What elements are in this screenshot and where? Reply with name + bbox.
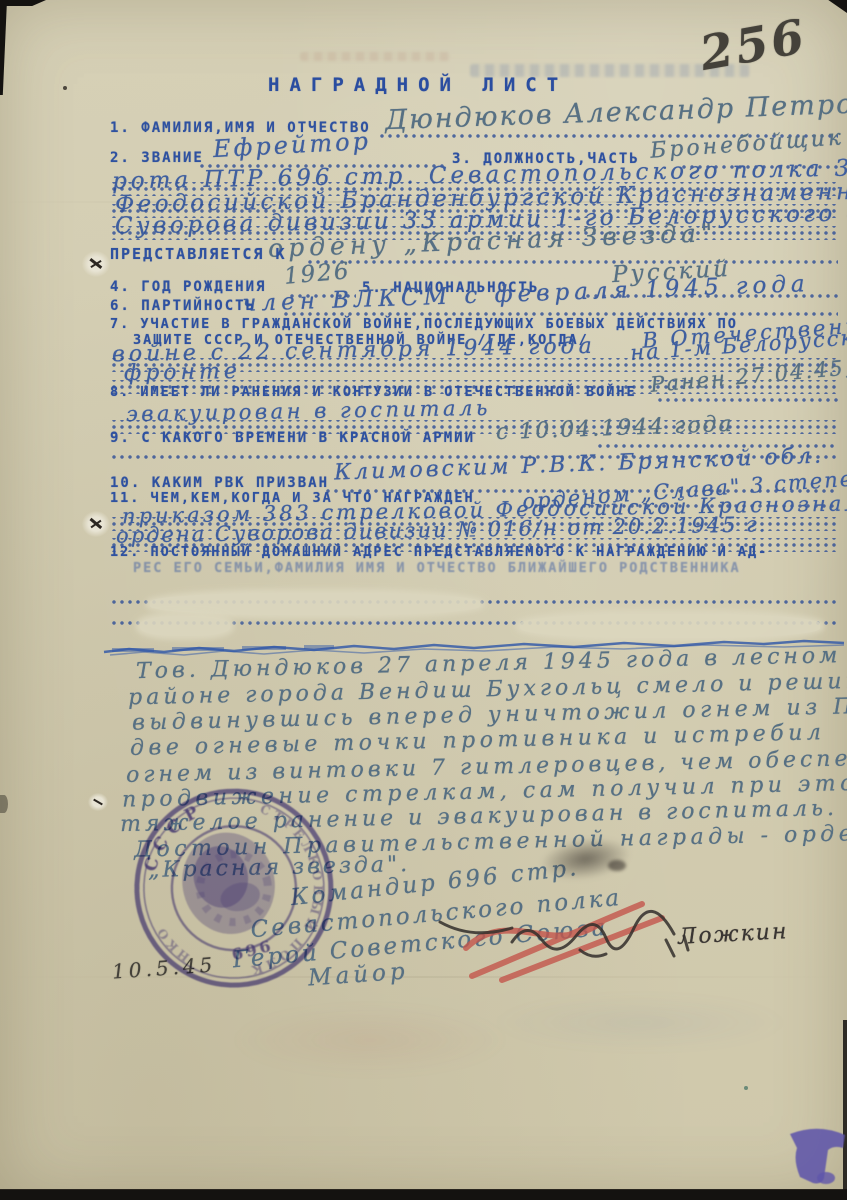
- paper-hole: [82, 251, 110, 277]
- bleedthrough-text: [300, 52, 450, 61]
- scan-edge-top-left-vertical: [0, 0, 7, 95]
- paper-stain: [490, 995, 790, 1050]
- paper-nick: [0, 795, 8, 813]
- paper-stain: [230, 1005, 510, 1075]
- ink-smudge: [608, 860, 626, 871]
- field-6-label: 6. ПАРТИЙНОСТЬ: [110, 298, 256, 314]
- field-2-label: 2. ЗВАНИЕ: [110, 150, 204, 166]
- field-10-label: 10. КАКИМ РВК ПРИЗВАН: [110, 475, 329, 491]
- presented-to-label: ПРЕДСТАВЛЯЕТСЯ К: [110, 245, 287, 263]
- erased-text-patch: [150, 593, 480, 615]
- scan-edge-top-right: [825, 0, 847, 13]
- field-9-value: с 10.04.1944 года: [496, 412, 734, 445]
- field-12-label-line1: 12. ПОСТОЯННЫЙ ДОМАШНИЙ АДРЕС ПРЕДСТАВЛЯ…: [110, 544, 768, 560]
- scan-edge-top-left-horizontal: [0, 0, 46, 6]
- dotted-leader: [306, 259, 838, 265]
- scan-edge-bottom: [0, 1189, 847, 1200]
- paper-speck: [63, 86, 67, 90]
- field-12-label-line2: РЕС ЕГО СЕМЬИ,ФАМИЛИЯ ИМЯ И ОТЧЕСТВО БЛИ…: [133, 560, 741, 576]
- award-sheet-document: 256 НАГРАДНОЙ ЛИСТ Дюндюков Александр Пе…: [0, 0, 847, 1200]
- page-number: 256: [696, 9, 811, 82]
- field-9-label: 9. С КАКОГО ВРЕМЕНИ В КРАСНОЙ АРМИИ: [110, 430, 475, 446]
- field-4-value: 1926: [283, 258, 352, 290]
- signature-scrawl: [430, 888, 800, 988]
- ink-blot: [788, 1118, 847, 1186]
- dotted-leader: [656, 397, 838, 403]
- erased-text-patch: [140, 616, 230, 636]
- paper-hole: [88, 793, 108, 811]
- paper-hole: [82, 511, 110, 537]
- ink-speck: [744, 1086, 748, 1090]
- form-title: НАГРАДНОЙ ЛИСТ: [268, 74, 568, 96]
